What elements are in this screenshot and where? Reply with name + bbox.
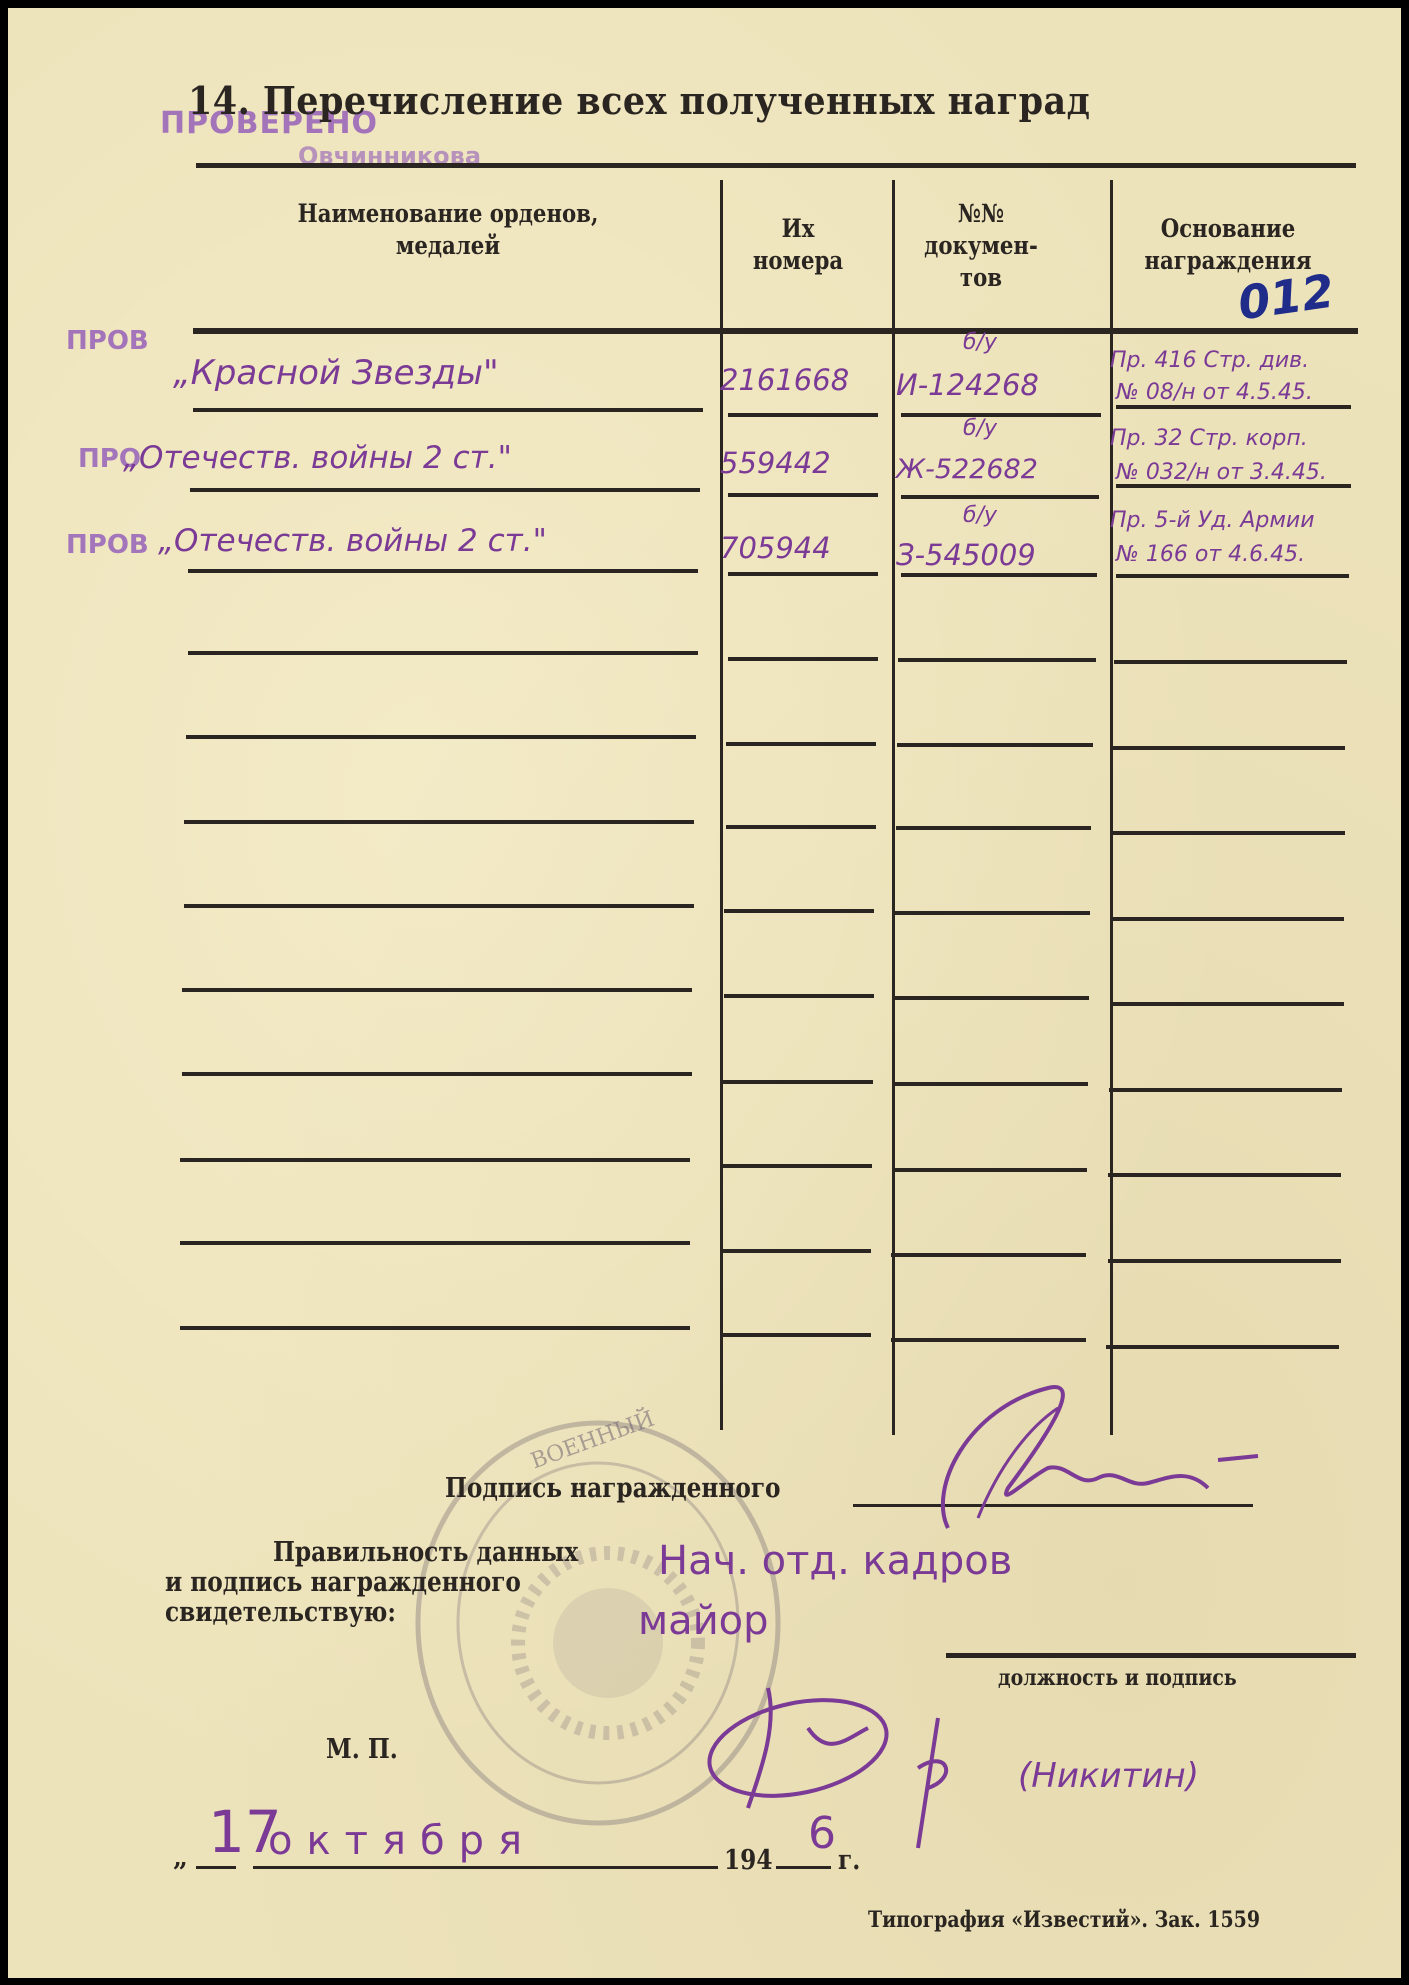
basis-2-line2: № 032/н от 3.4.45. <box>1116 460 1327 485</box>
doc-number-1: И-124268 <box>896 368 1039 402</box>
award-number-1: 2161668 <box>720 363 849 397</box>
seal-placement-label: М. П. <box>326 1735 398 1765</box>
certify-label-line3: свидетельствую: <box>165 1598 396 1628</box>
header-award-name: Наименование орденов, медалей <box>244 198 652 262</box>
header-award-numbers: Их номера <box>734 213 862 277</box>
position-signature-line <box>946 1653 1356 1658</box>
date-year-prefix: 194 <box>724 1846 772 1876</box>
row-stamp-1: ПРОВ <box>66 326 149 356</box>
doc-series-2: б/у <box>963 416 997 441</box>
header-rule <box>193 328 1358 334</box>
certify-label-line1: Правильность данных <box>273 1538 578 1568</box>
doc-series-1: б/у <box>963 330 997 355</box>
award-number-2: 559442 <box>720 446 831 480</box>
date-year-line <box>776 1866 831 1869</box>
doc-number-2: Ж-522682 <box>896 454 1038 485</box>
award-number-3: 705944 <box>720 531 831 565</box>
date-month-line <box>253 1866 718 1869</box>
basis-1-line1: Пр. 416 Стр. див. <box>1110 348 1309 373</box>
document-page: ПРОВЕРЕНО Овчинникова 14. Перечисление в… <box>8 8 1401 1978</box>
award-name-1: „Красной Звезды" <box>173 353 499 393</box>
date-month: октября <box>268 1818 536 1864</box>
basis-1-line2: № 08/н от 4.5.45. <box>1116 380 1313 405</box>
top-rule <box>196 163 1356 168</box>
doc-number-3: З-545009 <box>896 538 1036 572</box>
awardee-signature-label: Подпись награжденного <box>445 1474 781 1504</box>
date-day-line <box>196 1866 236 1869</box>
basis-3-line2: № 166 от 4.6.45. <box>1116 542 1305 567</box>
certifier-position-line1: Нач. отд. кадров <box>658 1538 1012 1584</box>
doc-series-3: б/у <box>963 503 997 528</box>
printer-line: Типография «Известий». Зак. 1559 <box>868 1905 1260 1935</box>
awardee-signature-icon <box>888 1368 1268 1548</box>
award-name-2: „Отечеств. войны 2 ст." <box>123 440 512 476</box>
certifier-position-line2: майор <box>638 1598 769 1644</box>
date-suffix: г. <box>838 1846 860 1876</box>
basis-3-line1: Пр. 5-й Уд. Армии <box>1110 508 1315 533</box>
certifier-name: (Никитин) <box>1018 1756 1199 1796</box>
column-divider-2 <box>892 180 895 1435</box>
row-stamp-3: ПРОВ <box>66 530 149 560</box>
award-name-3: „Отечеств. войны 2 ст." <box>158 523 547 559</box>
basis-2-line1: Пр. 32 Стр. корп. <box>1110 426 1308 451</box>
section-title: 14. Перечисление всех полученных наград <box>188 78 1090 123</box>
header-document-numbers: №№ докумен-тов <box>909 198 1054 294</box>
date-open-quote: „ <box>173 1843 188 1873</box>
date-year-suffix: 6 <box>808 1808 836 1859</box>
certify-label-line2: и подпись награжденного <box>165 1568 521 1598</box>
